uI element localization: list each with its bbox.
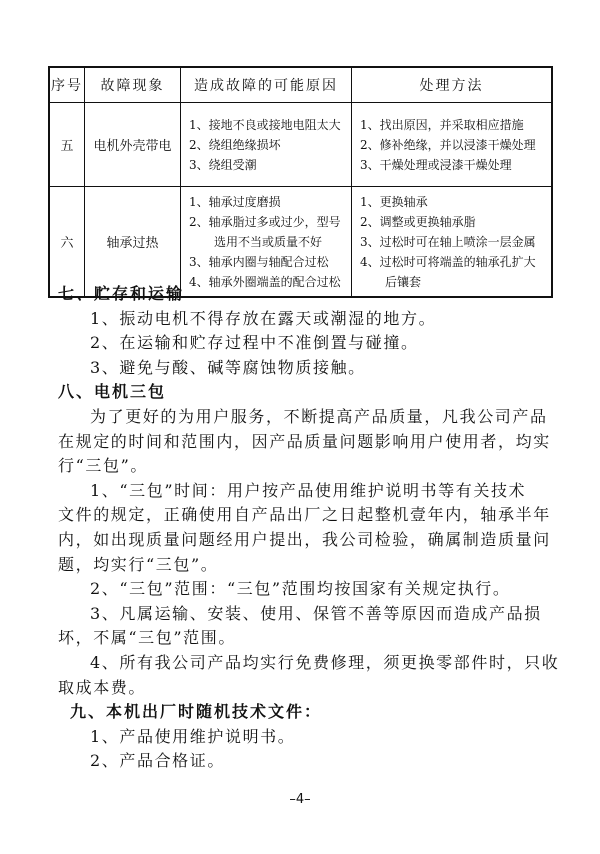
paragraph-line: 题，均实行“三包”。 xyxy=(58,553,548,578)
row-remedies: 1、找出原因，并采取相应措施 2、修补绝缘，并以浸漆干燥处理 3、干燥处理或浸漆… xyxy=(352,103,553,187)
paragraph-line: 坏，不属“三包”范围。 xyxy=(58,626,548,651)
remedy-item: 1、找出原因，并采取相应措施 xyxy=(360,115,545,135)
remedy-item: 2、修补绝缘，并以浸漆干燥处理 xyxy=(360,135,545,155)
section-title-storage: 七、贮存和运输 xyxy=(58,282,548,307)
paragraph-line: 3、避免与酸、碱等腐蚀物质接触。 xyxy=(58,356,548,381)
section-title-warranty: 八、电机三包 xyxy=(58,380,548,405)
remedy-item: 1、更换轴承 xyxy=(360,192,545,212)
row-symptom: 轴承过热 xyxy=(85,187,181,298)
remedy-item: 3、干燥处理或浸漆干燥处理 xyxy=(360,155,545,175)
row-no: 五 xyxy=(49,103,85,187)
paragraph-line: 为了更好的为用户服务，不断提高产品质量，凡我公司产品 xyxy=(58,405,548,430)
remedy-item: 4、过松时可将端盖的轴承孔扩大 xyxy=(360,252,545,272)
cause-item-continued: 选用不当或质量不好 xyxy=(189,232,345,252)
row-remedies: 1、更换轴承 2、调整或更换轴承脂 3、过松时可在轴上喷涂一层金属 4、过松时可… xyxy=(352,187,553,298)
cause-item: 2、绕组绝缘损坏 xyxy=(189,135,345,155)
remedy-item: 2、调整或更换轴承脂 xyxy=(360,212,545,232)
header-remedy: 处理方法 xyxy=(352,67,553,103)
document-body: 七、贮存和运输 1、振动电机不得存放在露天或潮湿的地方。 2、在运输和贮存过程中… xyxy=(58,282,548,774)
paragraph-line: 文件的规定，正确使用自产品出厂之日起整机壹年内，轴承半年 xyxy=(58,503,548,528)
paragraph-line: 2、在运输和贮存过程中不准倒置与碰撞。 xyxy=(58,331,548,356)
cause-item: 1、轴承过度磨损 xyxy=(189,192,345,212)
cause-item: 3、轴承内圈与轴配合过松 xyxy=(189,252,345,272)
header-no: 序号 xyxy=(49,67,85,103)
row-causes: 1、轴承过度磨损 2、轴承脂过多或过少，型号 选用不当或质量不好 3、轴承内圈与… xyxy=(181,187,352,298)
row-causes: 1、接地不良或接地电阻太大 2、绕组绝缘损坏 3、绕组受潮 xyxy=(181,103,352,187)
page-number: –4– xyxy=(0,792,600,807)
paragraph-line: 在规定的时间和范围内，因产品质量问题影响用户使用者，均实 xyxy=(58,430,548,455)
cause-item: 3、绕组受潮 xyxy=(189,155,345,175)
remedy-item: 3、过松时可在轴上喷涂一层金属 xyxy=(360,232,545,252)
cause-item: 2、轴承脂过多或过少，型号 xyxy=(189,212,345,232)
paragraph-line: 内，如出现质量问题经用户提出，我公司检验，确属制造质量问 xyxy=(58,528,548,553)
header-cause: 造成故障的可能原因 xyxy=(181,67,352,103)
paragraph-line: 1、产品使用维护说明书。 xyxy=(58,725,548,750)
paragraph-line: 行“三包”。 xyxy=(58,454,548,479)
header-symptom: 故障现象 xyxy=(85,67,181,103)
cause-item: 1、接地不良或接地电阻太大 xyxy=(189,115,345,135)
row-no: 六 xyxy=(49,187,85,298)
paragraph-line: 取成本费。 xyxy=(58,676,548,701)
table-row: 五 电机外壳带电 1、接地不良或接地电阻太大 2、绕组绝缘损坏 3、绕组受潮 1… xyxy=(49,103,552,187)
paragraph-line: 2、“三包”范围：“三包”范围均按国家有关规定执行。 xyxy=(58,577,548,602)
paragraph-line: 1、“三包”时间：用户按产品使用维护说明书等有关技术 xyxy=(58,479,548,504)
paragraph-line: 2、产品合格证。 xyxy=(58,749,548,774)
paragraph-line: 1、振动电机不得存放在露天或潮湿的地方。 xyxy=(58,307,548,332)
row-symptom: 电机外壳带电 xyxy=(85,103,181,187)
section-title-documents: 九、本机出厂时随机技术文件： xyxy=(58,700,548,725)
paragraph-line: 4、所有我公司产品均实行免费修理，须更换零部件时，只收 xyxy=(58,651,548,676)
fault-table: 序号 故障现象 造成故障的可能原因 处理方法 五 电机外壳带电 1、接地不良或接… xyxy=(48,66,553,298)
table-header-row: 序号 故障现象 造成故障的可能原因 处理方法 xyxy=(49,67,552,103)
table-row: 六 轴承过热 1、轴承过度磨损 2、轴承脂过多或过少，型号 选用不当或质量不好 … xyxy=(49,187,552,298)
paragraph-line: 3、凡属运输、安装、使用、保管不善等原因而造成产品损 xyxy=(58,602,548,627)
